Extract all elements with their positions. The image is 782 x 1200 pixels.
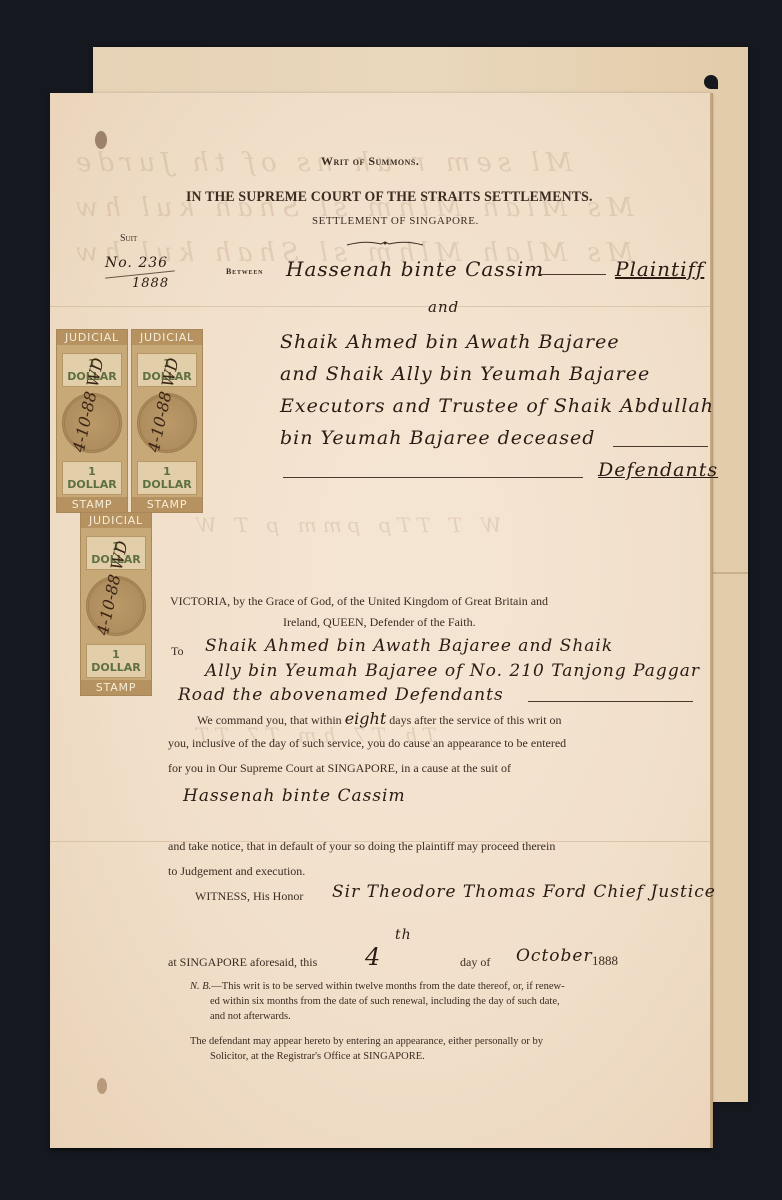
- stamp-footer: STAMP: [81, 680, 151, 695]
- ireland-line: Ireland, QUEEN, Defender of the Faith.: [283, 615, 476, 630]
- paper-crease: [710, 572, 748, 574]
- defendant-line: Shaik Ahmed bin Awath Bajaree: [280, 331, 620, 353]
- stamp-footer: STAMP: [57, 497, 127, 512]
- command-days: eight: [345, 709, 387, 728]
- nb-text: —This writ is to be served within twelve…: [211, 981, 564, 992]
- nb-text: ed within six months from the date of su…: [190, 994, 645, 1009]
- addressee-line: Shaik Ahmed bin Awath Bajaree and Shaik: [205, 636, 613, 656]
- and-label: and: [428, 298, 459, 316]
- stamp-title: JUDICIAL: [81, 513, 151, 528]
- court-name: IN THE SUPREME COURT OF THE STRAITS SETT…: [186, 189, 593, 206]
- nb-footnote: N. B.—This writ is to be served within t…: [190, 979, 645, 1024]
- stamp-title: JUDICIAL: [57, 330, 127, 345]
- day-number: 4: [365, 943, 381, 971]
- fill-rule: [538, 274, 606, 275]
- settlement-name: SETTLEMENT OF SINGAPORE.: [312, 215, 479, 227]
- stain: [97, 1078, 107, 1094]
- fold-line: [50, 306, 710, 307]
- stain: [95, 131, 107, 149]
- defendants-role: Defendants: [598, 459, 718, 481]
- stamp-value: 1 DOLLAR: [62, 461, 122, 495]
- paper-edge: [710, 93, 713, 1148]
- addressee-line: Road the abovenamed Defendants: [178, 685, 504, 705]
- ornament-flourish-icon: [345, 239, 425, 249]
- command-prefix: We command you, that within: [197, 713, 342, 727]
- between-label: Between: [226, 267, 263, 276]
- defendant-line: Executors and Trustee of Shaik Abdullah: [280, 395, 714, 417]
- form-title: Writ of Summons.: [321, 154, 419, 169]
- fill-rule: [613, 446, 708, 447]
- nb-text: and not afterwards.: [190, 1009, 645, 1024]
- suit-of-name: Hassenah binte Cassim: [183, 786, 406, 806]
- appearance-text: The defendant may appear hereto by enter…: [190, 1036, 543, 1047]
- stamp-value: 1 DOLLAR: [86, 644, 146, 678]
- plaintiff-name: Hassenah binte Cassim: [286, 257, 544, 281]
- appearance-line: you, inclusive of the day of such servic…: [168, 736, 566, 751]
- year: 1888: [592, 953, 618, 969]
- addressee-line: Ally bin Yeumah Bajaree of No. 210 Tanjo…: [205, 661, 700, 681]
- to-label: To: [171, 644, 184, 659]
- notice-line: and take notice, that in default of your…: [168, 839, 555, 854]
- judgement-line: to Judgement and execution.: [168, 864, 305, 879]
- stamp-title: JUDICIAL: [132, 330, 202, 345]
- judicial-stamp: JUDICIAL 1 DOLLAR 1 DOLLAR STAMP 4-10-88…: [56, 329, 128, 513]
- torn-notch: [704, 75, 718, 89]
- defendant-line: bin Yeumah Bajaree deceased: [280, 427, 595, 449]
- command-suffix: days after the service of this writ on: [389, 713, 561, 727]
- day-suffix: th: [395, 927, 412, 943]
- stamp-footer: STAMP: [132, 497, 202, 512]
- stamp-value: 1 DOLLAR: [137, 461, 197, 495]
- appearance-text: Solicitor, at the Registrar's Office at …: [190, 1049, 645, 1064]
- witness-name: Sir Theodore Thomas Ford Chief Justice: [332, 882, 716, 902]
- victoria-line: VICTORIA, by the Grace of God, of the Un…: [170, 594, 548, 609]
- suit-label: Suit: [120, 233, 137, 244]
- nb-label: N. B.: [190, 981, 211, 992]
- fill-rule: [283, 477, 583, 478]
- month: October: [516, 946, 593, 966]
- court-line: for you in Our Supreme Court at SINGAPOR…: [168, 761, 511, 776]
- appearance-footnote: The defendant may appear hereto by enter…: [190, 1034, 645, 1064]
- judicial-stamp: JUDICIAL 1 DOLLAR 1 DOLLAR STAMP 4-10-88…: [131, 329, 203, 513]
- ink-bleed: W T TTp pmm p T W: [190, 513, 501, 537]
- command-line: We command you, that within eight days a…: [197, 709, 562, 728]
- witness-label: WITNESS, His Honor: [195, 889, 303, 904]
- place-label: at SINGAPORE aforesaid, this: [168, 955, 317, 970]
- suit-year: 1888: [132, 276, 169, 291]
- judicial-stamp: JUDICIAL 1 DOLLAR 1 DOLLAR STAMP 4-10-88…: [80, 512, 152, 696]
- day-of-label: day of: [460, 955, 490, 970]
- suit-number: No. 236: [105, 255, 168, 271]
- fill-rule: [528, 701, 693, 702]
- defendant-line: and Shaik Ally bin Yeumah Bajaree: [280, 363, 650, 385]
- plaintiff-role: Plaintiff: [615, 257, 704, 281]
